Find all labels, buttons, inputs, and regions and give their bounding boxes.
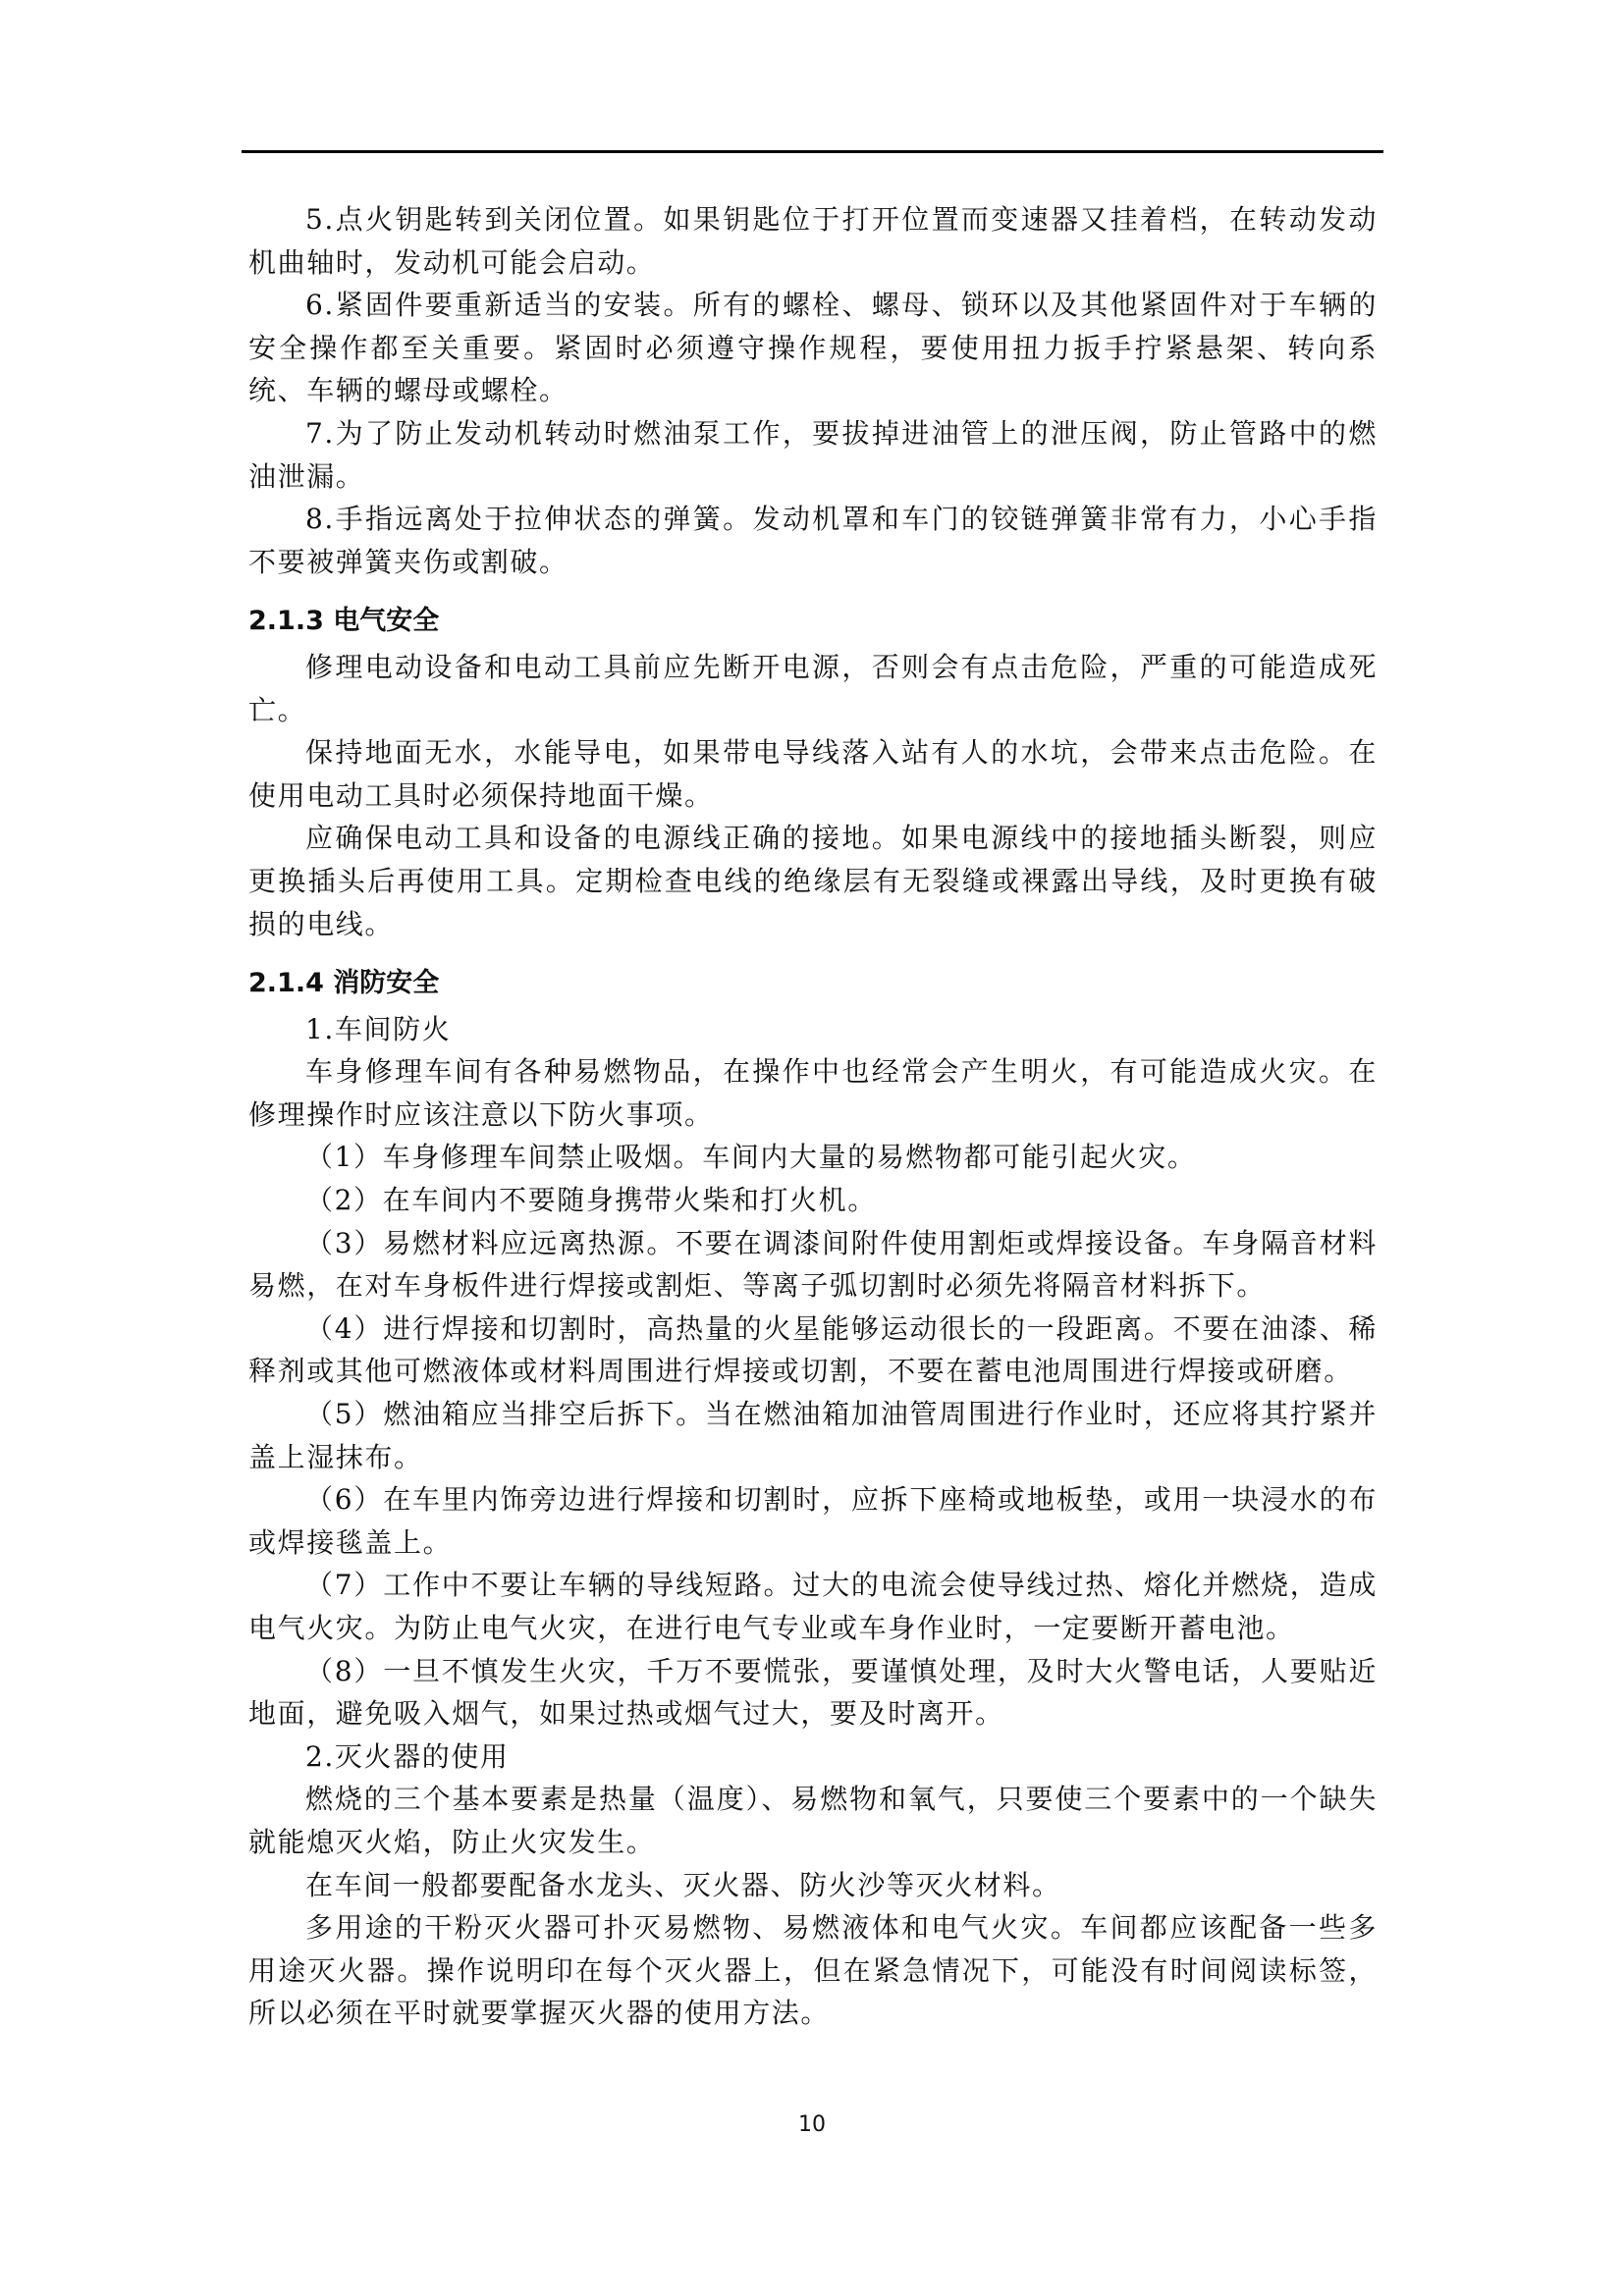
- paragraph: 在车间一般都要配备水龙头、灭火器、防火沙等灭火材料。: [248, 1864, 1378, 1907]
- subheading-extinguisher-use: 2.灭火器的使用: [248, 1735, 1378, 1779]
- list-item-7: （7）工作中不要让车辆的导线短路。过大的电流会使导线过热、熔化并燃烧，造成电气火…: [248, 1564, 1378, 1649]
- paragraph-item-7: 7.为了防止发动机转动时燃油泵工作，要拔掉进油管上的泄压阀，防止管路中的燃油泄漏…: [248, 412, 1378, 498]
- subheading-workshop-fire-prevention: 1.车间防火: [248, 1008, 1378, 1051]
- paragraph-item-8: 8.手指远离处于拉伸状态的弹簧。发动机罩和车门的铰链弹簧非常有力，小心手指不要被…: [248, 498, 1378, 583]
- list-item-6: （6）在车里内饰旁边进行焊接和切割时，应拆下座椅或地板垫，或用一块浸水的布或焊接…: [248, 1478, 1378, 1564]
- list-item-1: （1）车身修理车间禁止吸烟。车间内大量的易燃物都可能引起火灾。: [248, 1136, 1378, 1179]
- paragraph: 修理电动设备和电动工具前应先断开电源，否则会有点击危险，严重的可能造成死亡。: [248, 646, 1378, 731]
- header-rule: [242, 150, 1383, 153]
- list-item-3: （3）易燃材料应远离热源。不要在调漆间附件使用割炬或焊接设备。车身隔音材料易燃，…: [248, 1222, 1378, 1308]
- page-number: 10: [0, 2112, 1624, 2137]
- paragraph-item-5: 5.点火钥匙转到关闭位置。如果钥匙位于打开位置而变速器又挂着档，在转动发动机曲轴…: [248, 198, 1378, 284]
- paragraph: 应确保电动工具和设备的电源线正确的接地。如果电源线中的接地插头断裂，则应更换插头…: [248, 817, 1378, 945]
- paragraph: 车身修理车间有各种易燃物品，在操作中也经常会产生明火，有可能造成火灾。在修理操作…: [248, 1050, 1378, 1136]
- paragraph: 燃烧的三个基本要素是热量（温度）、易燃物和氧气，只要使三个要素中的一个缺失就能熄…: [248, 1778, 1378, 1863]
- list-item-2: （2）在车间内不要随身携带火柴和打火机。: [248, 1179, 1378, 1222]
- section-heading-fire-safety: 2.1.4 消防安全: [248, 962, 1378, 1005]
- page-body: 5.点火钥匙转到关闭位置。如果钥匙位于打开位置而变速器又挂着档，在转动发动机曲轴…: [248, 198, 1378, 2035]
- list-item-8: （8）一旦不慎发生火灾，千万不要慌张，要谨慎处理，及时大火警电话，人要贴近地面，…: [248, 1650, 1378, 1735]
- list-item-4: （4）进行焊接和切割时，高热量的火星能够运动很长的一段距离。不要在油漆、稀释剂或…: [248, 1308, 1378, 1393]
- paragraph: 多用途的干粉灭火器可扑灭易燃物、易燃液体和电气火灾。车间都应该配备一些多用途灭火…: [248, 1906, 1378, 2035]
- paragraph: 保持地面无水，水能导电，如果带电导线落入站有人的水坑，会带来点击危险。在使用电动…: [248, 731, 1378, 817]
- list-item-5: （5）燃油箱应当排空后拆下。当在燃油箱加油管周围进行作业时，还应将其拧紧并盖上湿…: [248, 1393, 1378, 1478]
- paragraph-item-6: 6.紧固件要重新适当的安装。所有的螺栓、螺母、锁环以及其他紧固件对于车辆的安全操…: [248, 284, 1378, 412]
- section-heading-electrical-safety: 2.1.3 电气安全: [248, 600, 1378, 643]
